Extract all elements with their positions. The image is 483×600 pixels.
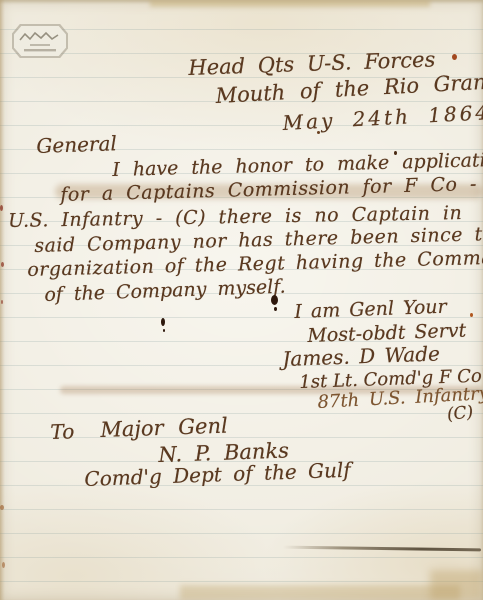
address-rank: Major Genl (100, 414, 228, 442)
salutation: General (36, 131, 117, 158)
embossed-seal-icon (12, 24, 68, 58)
scanned-letter-page: Head Qts U-S. Forces Mouth of the Rio Gr… (0, 0, 483, 600)
embossed-seal-face (14, 26, 66, 56)
address-to: To (50, 419, 75, 444)
signature-note: (C) (446, 402, 474, 425)
left-edge-shadow (0, 0, 5, 600)
